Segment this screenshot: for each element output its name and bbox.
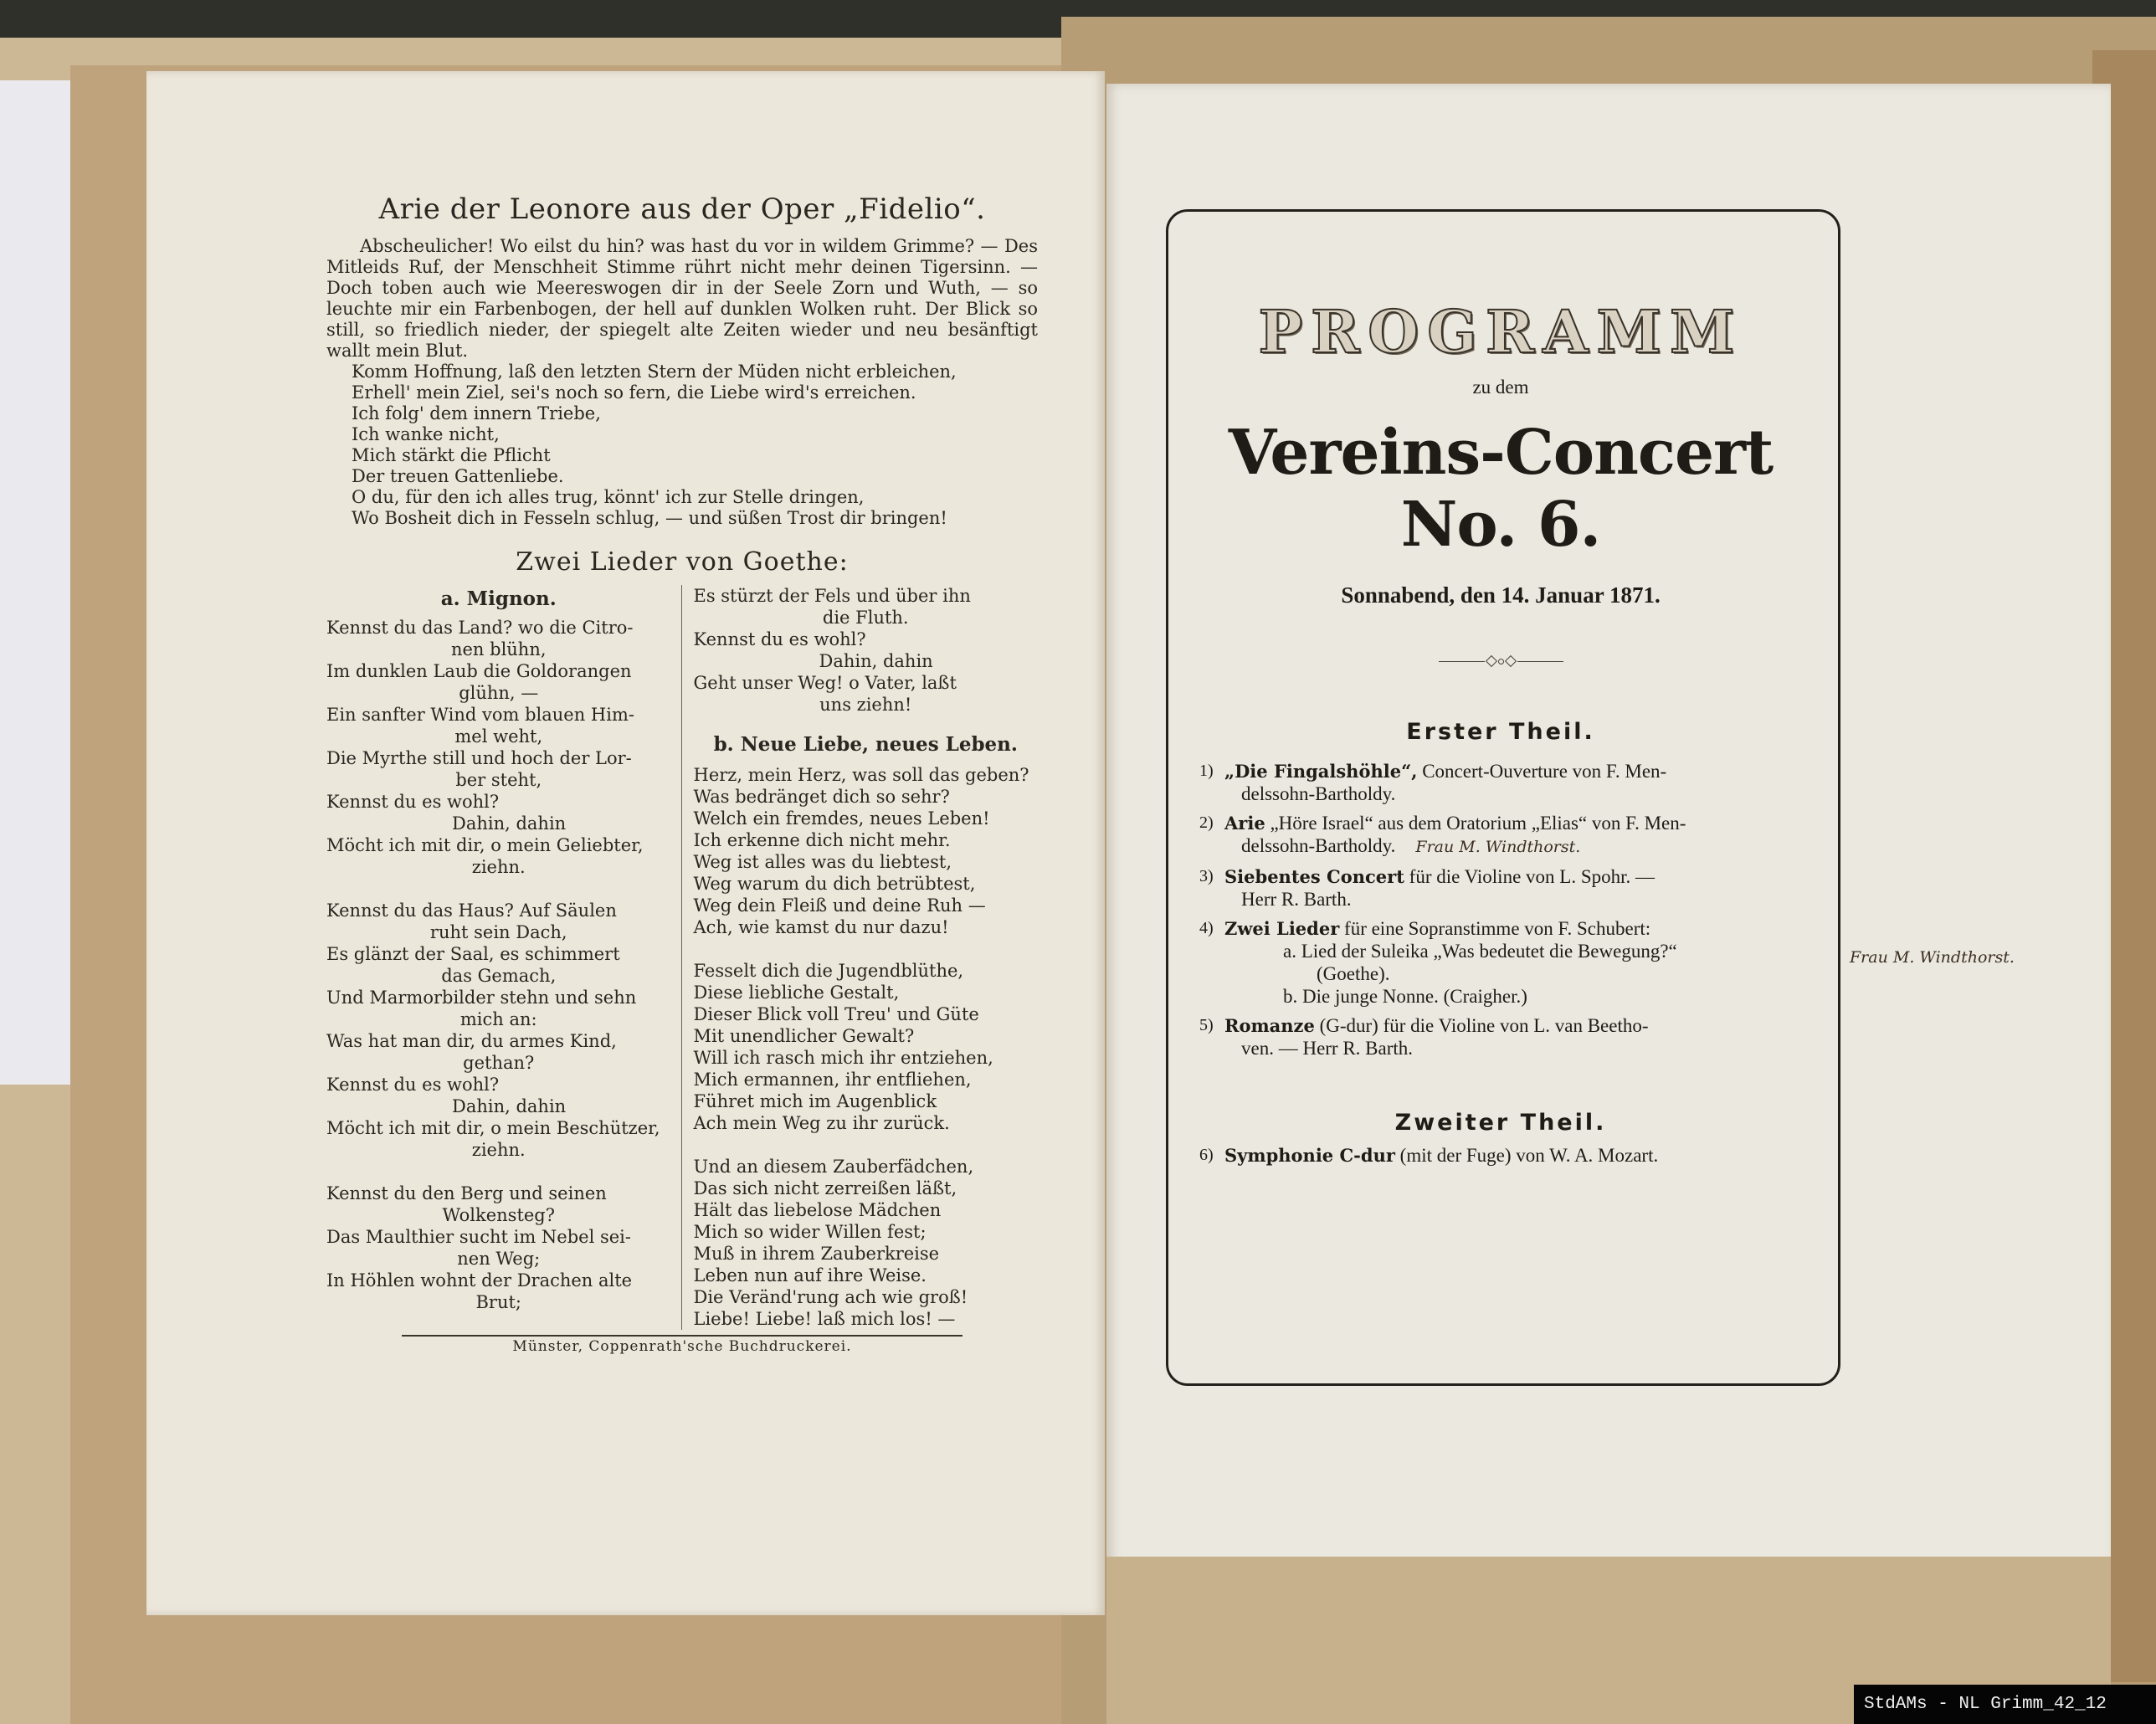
concert-date: Sonnabend, den 14. Januar 1871.: [1166, 582, 1835, 608]
item-number: 4): [1199, 917, 1224, 1008]
poem-line: Brut;: [326, 1291, 671, 1313]
item-sub-b: b. Die junge Nonne. (Craigher.): [1224, 985, 1677, 1008]
program-item-1: 1)„Die Fingalshöhle“, Concert-Ouverture …: [1199, 760, 1785, 805]
program-item-4: 4)Zwei Lieder für eine Sopranstimme von …: [1199, 917, 1785, 1008]
verse-line: Komm Hoffnung, laß den letzten Stern der…: [352, 362, 1038, 382]
item-body: Arie „Höre Israel“ aus dem Oratorium „El…: [1224, 812, 1686, 859]
poem-line: Diese liebliche Gestalt,: [694, 982, 1039, 1003]
poem-line: Die Myrthe still und hoch der Lor-: [326, 747, 671, 769]
poem-line: Kennst du den Berg und seinen: [326, 1183, 671, 1204]
poem-line: Mich so wider Willen fest;: [694, 1221, 1039, 1243]
verse-line: Erhell' mein Ziel, sei's noch so fern, d…: [352, 382, 1038, 403]
item-description: Concert-Ouverture von F. Men-: [1417, 761, 1666, 782]
white-backing-sheet: [0, 80, 70, 1085]
mignon-heading: a. Mignon.: [326, 588, 671, 610]
poem-line: Muß in ihrem Zauberkreise: [694, 1243, 1039, 1265]
item-sub-a: a. Lied der Suleika „Was bedeutet die Be…: [1224, 940, 1677, 962]
poem-line: das Gemach,: [326, 965, 671, 987]
handwritten-performer-note: Frau M. Windthorst.: [1415, 838, 1580, 856]
programm-heading: PROGRAMM: [1166, 297, 1835, 367]
poem-line: Möcht ich mit dir, o mein Beschützer,: [326, 1117, 671, 1139]
poem-line: Leben nun auf ihre Weise.: [694, 1265, 1039, 1286]
poem-line: Weg ist alles was du liebtest,: [694, 851, 1039, 873]
program-item-6: 6) Symphonie C-dur (mit der Fuge) von W.…: [1199, 1144, 1785, 1167]
poem-line: Ein sanfter Wind vom blauen Him-: [326, 704, 671, 726]
poem-line: Weg dein Fleiß und deine Ruh —: [694, 895, 1039, 916]
program-item-2: 2)Arie „Höre Israel“ aus dem Oratorium „…: [1199, 812, 1785, 859]
aria-title: Arie der Leonore aus der Oper „Fidelio“.: [326, 192, 1038, 226]
goethe-columns: a. Mignon. Kennst du das Land? wo die Ci…: [326, 585, 1038, 1330]
item-description: (G-dur) für die Violine von L. van Beeth…: [1315, 1015, 1649, 1036]
item-work-title: Siebentes Concert: [1224, 866, 1404, 887]
concert-title: Vereins-Concert No. 6.: [1166, 417, 1835, 561]
poem-line: Weg warum du dich betrübtest,: [694, 873, 1039, 895]
program-items-part-two: 6) Symphonie C-dur (mit der Fuge) von W.…: [1166, 1144, 1835, 1167]
poem-line: Hält das liebelose Mädchen: [694, 1199, 1039, 1221]
aria-verse: Komm Hoffnung, laß den letzten Stern der…: [326, 362, 1038, 529]
item-continuation: delssohn-Bartholdy.: [1224, 782, 1666, 805]
aria-prose: Abscheulicher! Wo eilst du hin? was hast…: [326, 236, 1038, 362]
item-continuation: Herr R. Barth.: [1224, 888, 1655, 911]
printer-imprint: Münster, Coppenrath'sche Buchdruckerei.: [402, 1335, 963, 1355]
verse-line: O du, für den ich alles trug, könnt' ich…: [352, 487, 1038, 508]
poem-line: Im dunklen Laub die Goldorangen: [326, 660, 671, 682]
poem-line: Herz, mein Herz, was soll das geben?: [694, 764, 1039, 786]
item-work-title: Romanze: [1224, 1015, 1315, 1036]
item-continuation: delssohn-Bartholdy.Frau M. Windthorst.: [1224, 834, 1686, 859]
neue-liebe-heading: b. Neue Liebe, neues Leben.: [694, 734, 1039, 756]
item-body: Zwei Lieder für eine Sopranstimme von F.…: [1224, 917, 1677, 1008]
poem-line: uns ziehn!: [694, 694, 1039, 716]
poem-line: gethan?: [326, 1052, 671, 1074]
item-description: „Höre Israel“ aus dem Oratorium „Elias“ …: [1265, 813, 1686, 834]
mignon-lines: Kennst du das Land? wo die Citro-nen blü…: [326, 617, 671, 1313]
item-description: für die Violine von L. Spohr. —: [1404, 866, 1655, 887]
poem-line: Kennst du es wohl?: [326, 1074, 671, 1095]
item-number: 1): [1199, 760, 1224, 805]
poem-line: Die Veränd'rung ach wie groß!: [694, 1286, 1039, 1308]
poem-line: Dahin, dahin: [694, 650, 1039, 672]
poem-line: glühn, —: [326, 682, 671, 704]
poem-line: mel weht,: [326, 726, 671, 747]
poem-line: Ach, wie kamst du nur dazu!: [694, 916, 1039, 938]
poem-line: ziehn.: [326, 856, 671, 878]
poem-line: Das sich nicht zerreißen läßt,: [694, 1178, 1039, 1199]
goethe-title: Zwei Lieder von Goethe:: [326, 547, 1038, 577]
poem-line: Mit unendlicher Gewalt?: [694, 1025, 1039, 1047]
poem-line: Kennst du es wohl?: [694, 629, 1039, 650]
poem-line: [694, 938, 1039, 960]
handwritten-margin-note: Frau M. Windthorst.: [1850, 948, 2015, 967]
poem-line: In Höhlen wohnt der Drachen alte: [326, 1270, 671, 1291]
neue-liebe-lines: Herz, mein Herz, was soll das geben?Was …: [694, 764, 1039, 1330]
poem-line: ziehn.: [326, 1139, 671, 1161]
poem-line: Ich erkenne dich nicht mehr.: [694, 829, 1039, 851]
poem-line: Dahin, dahin: [326, 813, 671, 834]
left-page-content: Arie der Leonore aus der Oper „Fidelio“.…: [326, 192, 1038, 1355]
verse-line: Wo Bosheit dich in Fesseln schlug, — und…: [352, 508, 1038, 529]
poem-line: Mich ermannen, ihr entfliehen,: [694, 1069, 1039, 1090]
poem-line: Und Marmorbilder stehn und sehn: [326, 987, 671, 1008]
poem-line: mich an:: [326, 1008, 671, 1030]
poem-line: Kennst du das Haus? Auf Säulen: [326, 900, 671, 921]
verse-line: Ich wanke nicht,: [352, 424, 1038, 445]
zu-dem-text: zu dem: [1166, 377, 1835, 398]
verse-line: Mich stärkt die Pflicht: [352, 445, 1038, 466]
poem-line: ruht sein Dach,: [326, 921, 671, 943]
ornament-divider-icon: [1166, 657, 1835, 665]
item-work-title: „Die Fingalshöhle“,: [1224, 761, 1417, 782]
poem-line: Kennst du das Land? wo die Citro-: [326, 617, 671, 639]
poem-line: ber steht,: [326, 769, 671, 791]
poem-line: Liebe! Liebe! laß mich los! —: [694, 1308, 1039, 1330]
item-work-title: Zwei Lieder: [1224, 918, 1339, 939]
verse-line: Ich folg' dem innern Triebe,: [352, 403, 1038, 424]
poem-line: Dahin, dahin: [326, 1095, 671, 1117]
program-items: 1)„Die Fingalshöhle“, Concert-Ouverture …: [1166, 760, 1835, 1060]
mignon-continued: Es stürzt der Fels und über ihndie Fluth…: [694, 585, 1039, 716]
poem-line: Will ich rasch mich ihr entziehen,: [694, 1047, 1039, 1069]
item-body: Romanze (G-dur) für die Violine von L. v…: [1224, 1014, 1649, 1060]
program-item-3: 3)Siebentes Concert für die Violine von …: [1199, 865, 1785, 911]
poem-line: Dieser Blick voll Treu' und Güte: [694, 1003, 1039, 1025]
poem-line: Wolkensteg?: [326, 1204, 671, 1226]
item-number: 5): [1199, 1014, 1224, 1060]
part-one-heading: Erster Theil.: [1166, 719, 1835, 745]
program-item-5: 5)Romanze (G-dur) für die Violine von L.…: [1199, 1014, 1785, 1060]
item-continuation: ven. — Herr R. Barth.: [1224, 1037, 1649, 1060]
poem-line: Das Maulthier sucht im Nebel sei-: [326, 1226, 671, 1248]
poem-line: Was bedränget dich so sehr?: [694, 786, 1039, 808]
item-sub-a-cont: (Goethe).: [1224, 962, 1677, 985]
second-column: Es stürzt der Fels und über ihndie Fluth…: [682, 585, 1039, 1330]
poem-line: Es glänzt der Saal, es schimmert: [326, 943, 671, 965]
item-description: für eine Sopranstimme von F. Schubert:: [1339, 918, 1650, 939]
poem-line: [694, 1134, 1039, 1156]
archive-label: StdAMs - NL Grimm_42_12: [1854, 1685, 2156, 1724]
program-content: PROGRAMM zu dem Vereins-Concert No. 6. S…: [1166, 209, 1835, 1173]
poem-line: [326, 1161, 671, 1183]
poem-line: Möcht ich mit dir, o mein Geliebter,: [326, 834, 671, 856]
mignon-column: a. Mignon. Kennst du das Land? wo die Ci…: [326, 585, 682, 1330]
poem-line: Welch ein fremdes, neues Leben!: [694, 808, 1039, 829]
item-work-title: Arie: [1224, 813, 1265, 834]
item-number: 3): [1199, 865, 1224, 911]
poem-line: Führet mich im Augenblick: [694, 1090, 1039, 1112]
poem-line: nen blühn,: [326, 639, 671, 660]
item-body: „Die Fingalshöhle“, Concert-Ouverture vo…: [1224, 760, 1666, 805]
poem-line: Was hat man dir, du armes Kind,: [326, 1030, 671, 1052]
poem-line: Es stürzt der Fels und über ihn: [694, 585, 1039, 607]
poem-line: Fesselt dich die Jugendblüthe,: [694, 960, 1039, 982]
poem-line: nen Weg;: [326, 1248, 671, 1270]
item-body: Siebentes Concert für die Violine von L.…: [1224, 865, 1655, 911]
item-number: 2): [1199, 812, 1224, 859]
poem-line: Und an diesem Zauberfädchen,: [694, 1156, 1039, 1178]
poem-line: Ach mein Weg zu ihr zurück.: [694, 1112, 1039, 1134]
poem-line: Geht unser Weg! o Vater, laßt: [694, 672, 1039, 694]
poem-line: Kennst du es wohl?: [326, 791, 671, 813]
poem-line: die Fluth.: [694, 607, 1039, 629]
part-two-heading: Zweiter Theil.: [1166, 1110, 1835, 1136]
verse-line: Der treuen Gattenliebe.: [352, 466, 1038, 487]
poem-line: [326, 878, 671, 900]
